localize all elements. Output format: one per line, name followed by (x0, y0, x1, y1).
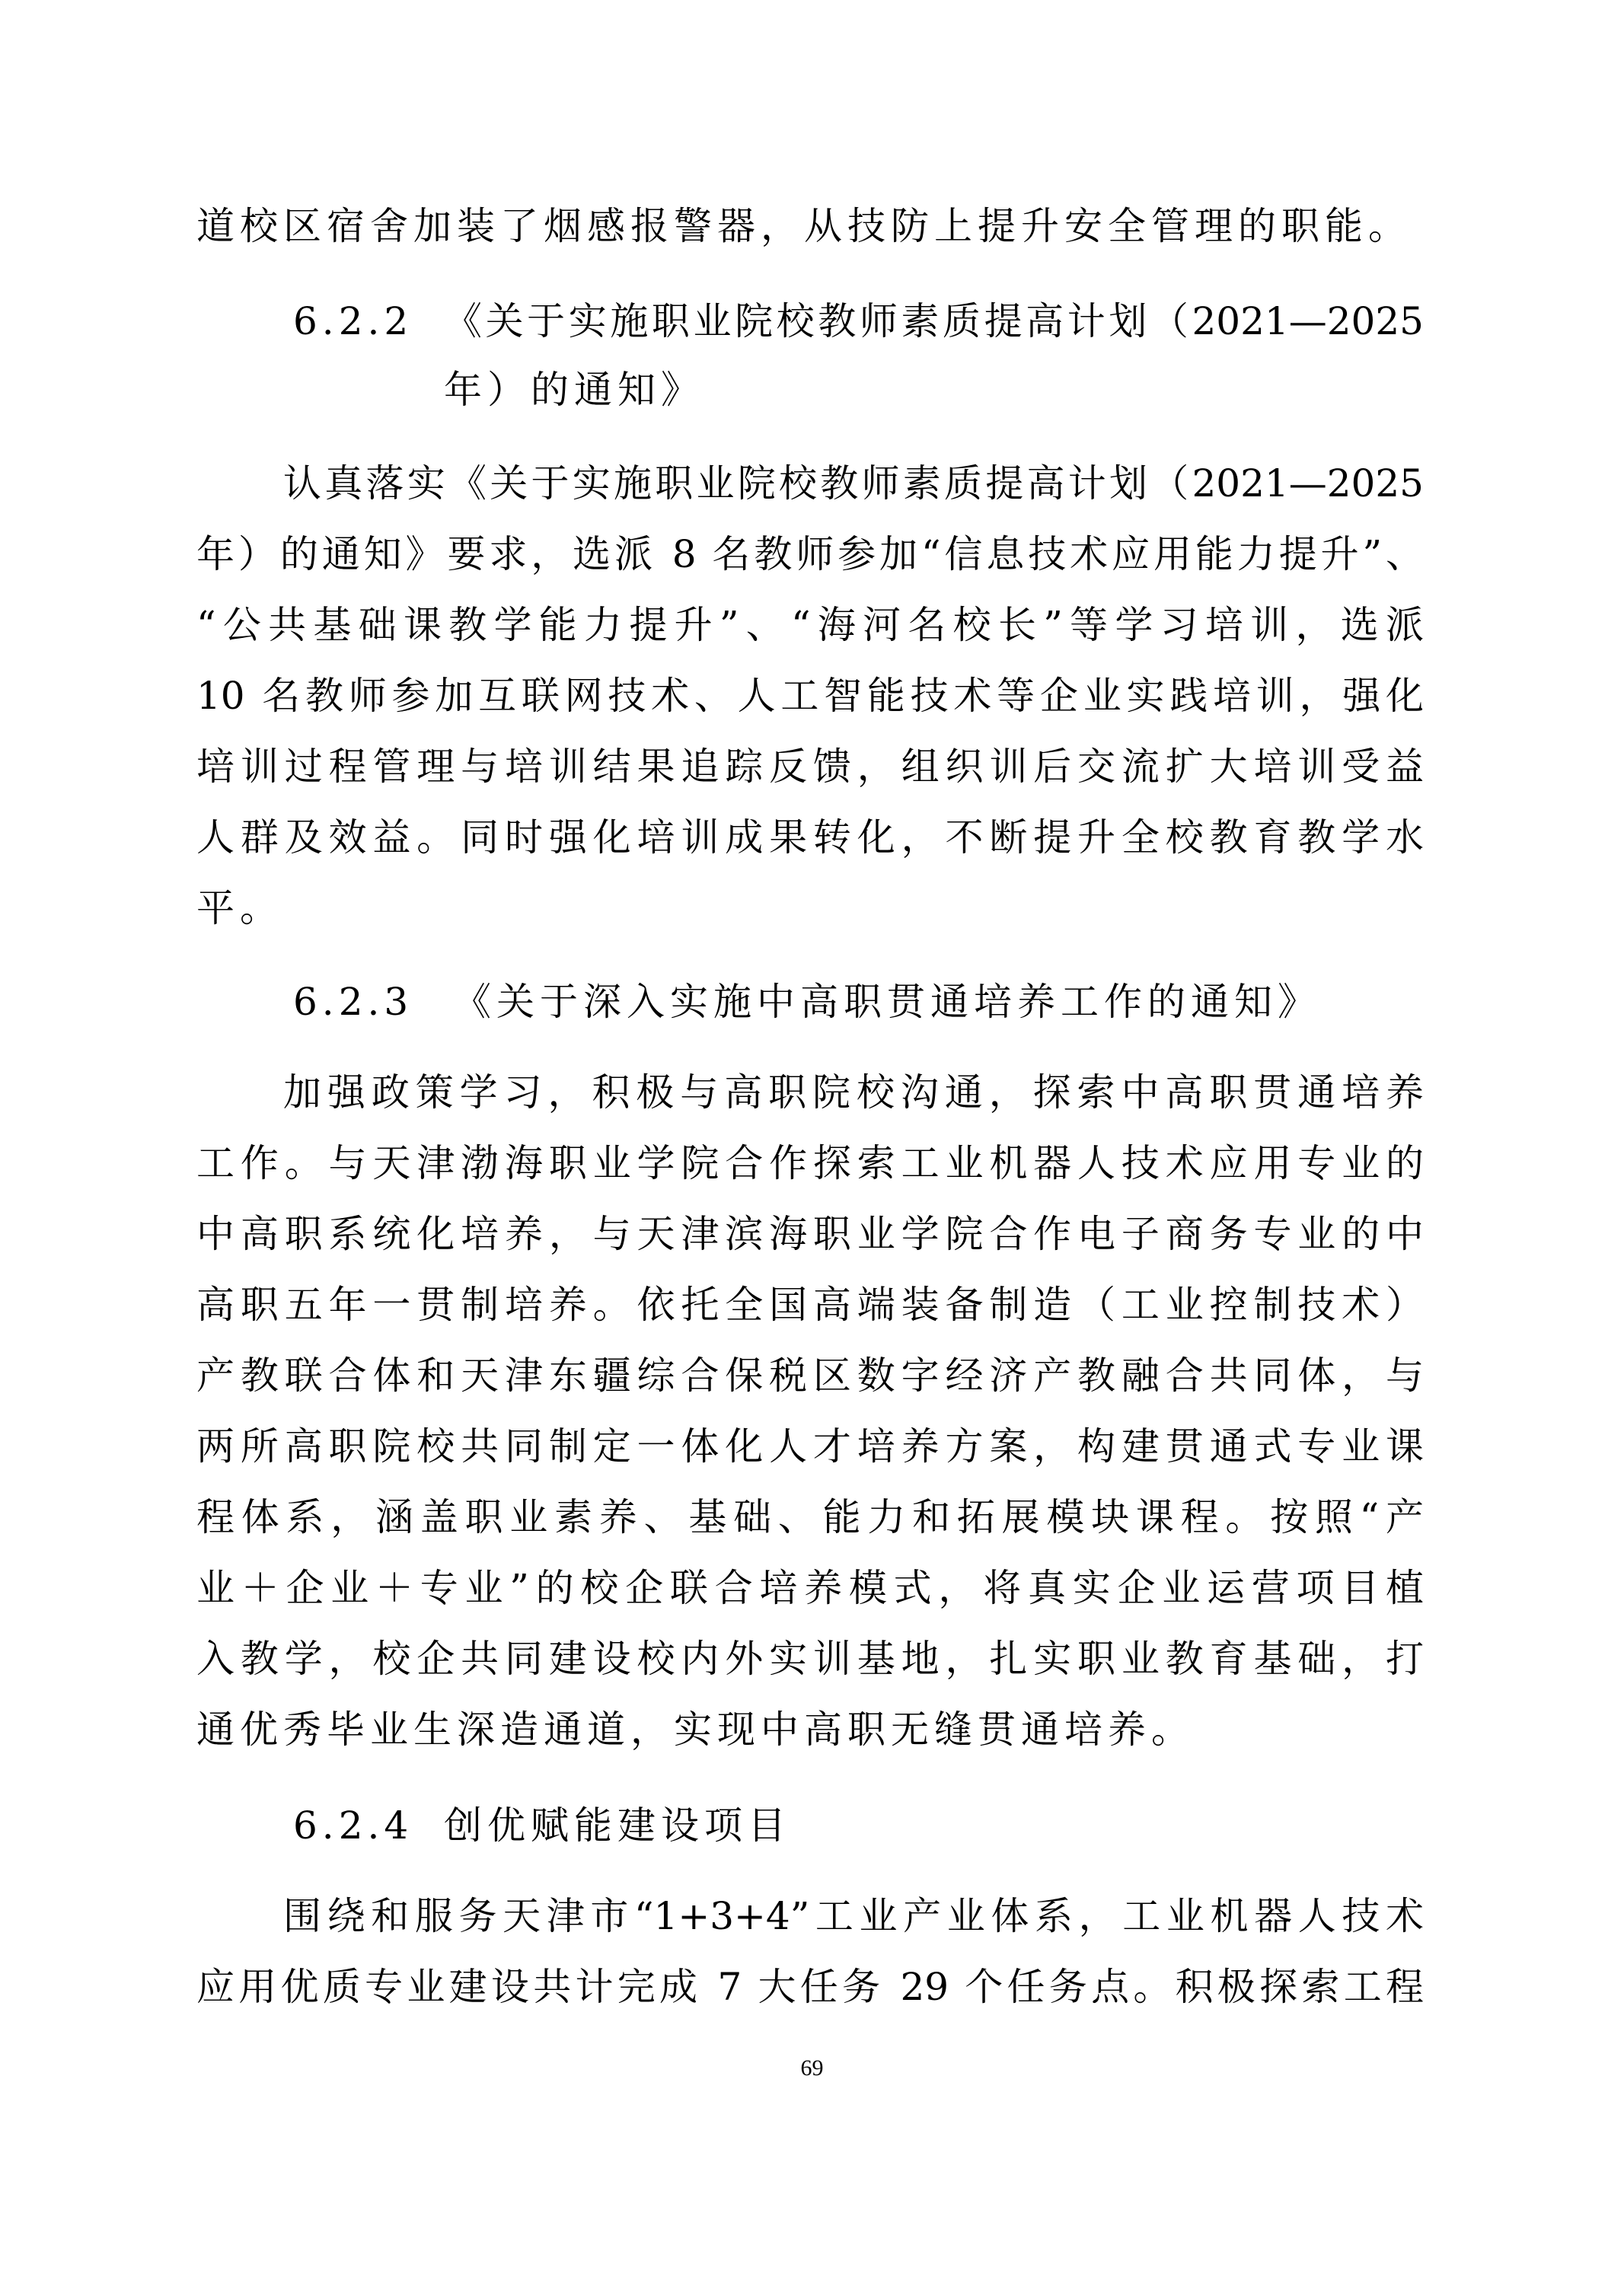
section-title-line: 创优赋能建设项目 (444, 1791, 791, 1861)
paragraph-line: 加强政策学习，积极与高职院校沟通，探索中高职贯通培养 (283, 1057, 1424, 1128)
paragraph-line: 通优秀毕业生深造通道，实现中高职无缝贯通培养。 (196, 1695, 1424, 1765)
paragraph-line: 工作。与天津渤海职业学院合作探索工业机器人技术应用专业的 (196, 1128, 1424, 1199)
paragraph-line: 认真落实《关于实施职业院校教师素质提高计划（2021—2025 (283, 448, 1424, 519)
paragraph-line: “公共基础课教学能力提升”、“海河名校长”等学习培训，选派 (196, 590, 1424, 661)
paragraph-line: 围绕和服务天津市“1+3+4”工业产业体系，工业机器人技术 (283, 1881, 1424, 1952)
paragraph-line: 两所高职院校共同制定一体化人才培养方案，构建贯通式专业课 (196, 1411, 1424, 1482)
paragraph-line: 平。 (196, 873, 1424, 944)
page-number: 69 (0, 2053, 1624, 2084)
section-number: 6.2.2 (293, 286, 413, 357)
paragraph-line: 中高职系统化培养，与天津滨海职业学院合作电子商务专业的中 (196, 1199, 1424, 1270)
section-title-line: 《关于实施职业院校教师素质提高计划（2021—2025 (444, 286, 1424, 357)
paragraph-line: 程体系，涵盖职业素养、基础、能力和拓展模块课程。按照“产 (196, 1482, 1424, 1553)
paragraph-line: 人群及效益。同时强化培训成果转化，不断提升全校教育教学水 (196, 802, 1424, 873)
paragraph-line: 培训过程管理与培训结果追踪反馈，组织训后交流扩大培训受益 (196, 732, 1424, 802)
paragraph-line: 产教联合体和天津东疆综合保税区数字经济产教融合共同体，与 (196, 1341, 1424, 1411)
paragraph-line: 入教学，校企共同建设校内外实训基地，扎实职业教育基础，打 (196, 1624, 1424, 1695)
intro-tail-text: 道校区宿舍加装了烟感报警器，从技防上提升安全管理的职能。 (196, 191, 1424, 262)
section-number: 6.2.3 (293, 967, 413, 1038)
paragraph-line: 高职五年一贯制培养。依托全国高端装备制造（工业控制技术） (196, 1270, 1424, 1341)
section-title-line: 年）的通知》 (444, 355, 704, 426)
paragraph-line: 10 名教师参加互联网技术、人工智能技术等企业实践培训，强化 (196, 661, 1424, 732)
paragraph-line: 业＋企业＋专业”的校企联合培养模式，将真实企业运营项目植 (196, 1553, 1424, 1624)
document-page: 道校区宿舍加装了烟感报警器，从技防上提升安全管理的职能。 6.2.2 《关于实施… (0, 0, 1624, 2296)
paragraph-line: 年）的通知》要求，选派 8 名教师参加“信息技术应用能力提升”、 (196, 519, 1424, 590)
section-title-line: 《关于深入实施中高职贯通培养工作的通知》 (453, 967, 1321, 1038)
section-number: 6.2.4 (293, 1791, 413, 1861)
paragraph-line: 应用优质专业建设共计完成 7 大任务 29 个任务点。积极探索工程 (196, 1952, 1424, 2023)
